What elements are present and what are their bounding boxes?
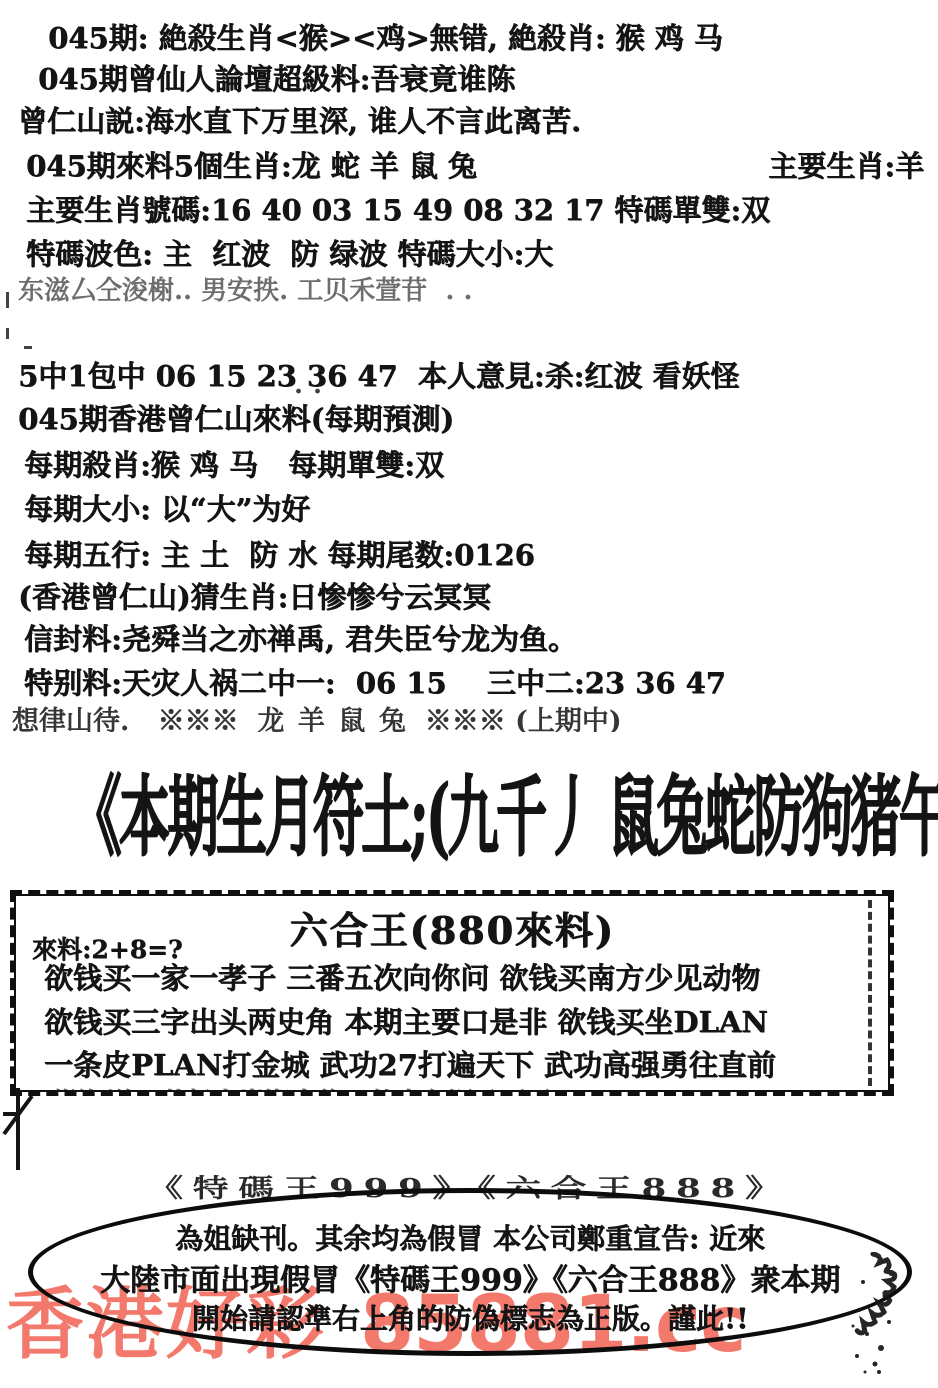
mid-line-special-tip: 特别料:天灾人祸二中一: 06 15 三中二:23 36 47: [0, 667, 938, 700]
scan-artifact-dash: [24, 346, 32, 349]
mid-line-clipped: 想律山待. ※※※ 龙_羊_鼠_兔 ※※※ (上期中): [0, 706, 938, 732]
top-line-wave-color: 特碼波色: 主 红波 防 绿波 特碼大小:大: [0, 238, 938, 271]
liuhewang-tip-box: 來料:2+8=? 六合王(880來料) 欲钱买一家一孝子 三番五次向你问 欲钱买…: [10, 890, 894, 1096]
notice-line-3: 開始請認準右上角的防偽標志為正版。謹此!!: [33, 1297, 907, 1337]
lottery-tip-sheet: 045期: 絶殺生肖<猴><鸡>無错, 絶殺肖: 猴 鸡 马 045期曾仙人論壇…: [0, 0, 938, 1388]
scan-artifact-tick: [6, 328, 9, 339]
mid-line-guess-zodiac: (香港曾仁山)猜生肖:日惨惨兮云冥冥: [0, 581, 938, 614]
top-line-quote: 曾仁山説:海水直下万里深, 谁人不言此离苦.: [0, 105, 938, 138]
box-verse-smudged: 赠送!送. 艾极上崇湘水伦 仙上之泪及可平: [44, 1082, 874, 1096]
box-verse-2: 欲钱买三字出头两史角 本期主要口是非 欲钱买坐DLAN: [44, 1000, 874, 1041]
box-verse-3: 一条皮PLAN打金城 武功27打遍天下 武功高强勇往直前: [44, 1043, 874, 1084]
ink-stamp-figure-icon: [845, 1252, 917, 1380]
zodiac-banner-headline: 《本期生月符土;(九千丿 鼠兔蛇防狗猪午》: [70, 774, 867, 861]
mid-line-kill-per-issue: 每期殺肖:猴 鸡 马 每期單雙:双: [0, 449, 938, 482]
mid-line-envelope-tip: 信封料:尧舜当之亦禅禹, 君失臣兮龙为鱼。: [0, 623, 938, 656]
notice-line-1: 為姐缺刊。其余均為假冒 本公司鄭重宣告: 近來: [33, 1217, 907, 1257]
mid-line-five-elements: 每期五行: 主 土 防 水 每期尾数:0126: [0, 539, 938, 572]
margin-scribble-mark: [2, 1086, 38, 1172]
top-line-main-numbers: 主要生肖號碼:16 40 03 15 49 08 32 17 特碼單雙:双: [0, 194, 938, 227]
top-line-forum-tip: 045期曾仙人論壇超級料:吾衰竟谁陈: [0, 63, 938, 96]
main-zodiac-text: 主要生肖:羊: [768, 150, 924, 183]
five-zodiac-text: 045期來料5個生肖:龙 蛇 羊 鼠 兔: [26, 150, 477, 183]
top-line-kill-zodiac: 045期: 絶殺生肖<猴><鸡>無错, 絶殺肖: 猴 鸡 马: [0, 22, 938, 55]
top-line-five-zodiac: 045期來料5個生肖:龙 蛇 羊 鼠 兔 主要生肖:羊: [0, 150, 938, 183]
mid-line-source-title: 045期香港曾仁山來料(每期預測): [0, 403, 938, 436]
mid-line-big-small: 每期大小: 以“大”为好: [0, 493, 938, 526]
anti-counterfeit-notice-ellipse: 為姐缺刊。其余均為假冒 本公司鄭重宣告: 近來 大陸市面出現假冒《特碼王999》…: [28, 1188, 912, 1356]
mid-line-pick-five: 5中1包中 06 15 23 36 47 本人意見:杀:红波 看妖怪: [0, 360, 938, 393]
notice-line-2: 大陸市面出現假冒《特碼王999》《六合王888》衆本期: [33, 1255, 907, 1299]
top-line-smudged: 东滋厶仝浚榭.. 男安抶. 工贝禾萱苷 . .: [0, 277, 938, 307]
scan-artifact-tick: [6, 292, 9, 308]
box-verse-1: 欲钱买一家一孝子 三番五次向你问 欲钱买南方少见动物: [44, 956, 874, 997]
box-title: 六合王(880來料): [16, 900, 888, 955]
